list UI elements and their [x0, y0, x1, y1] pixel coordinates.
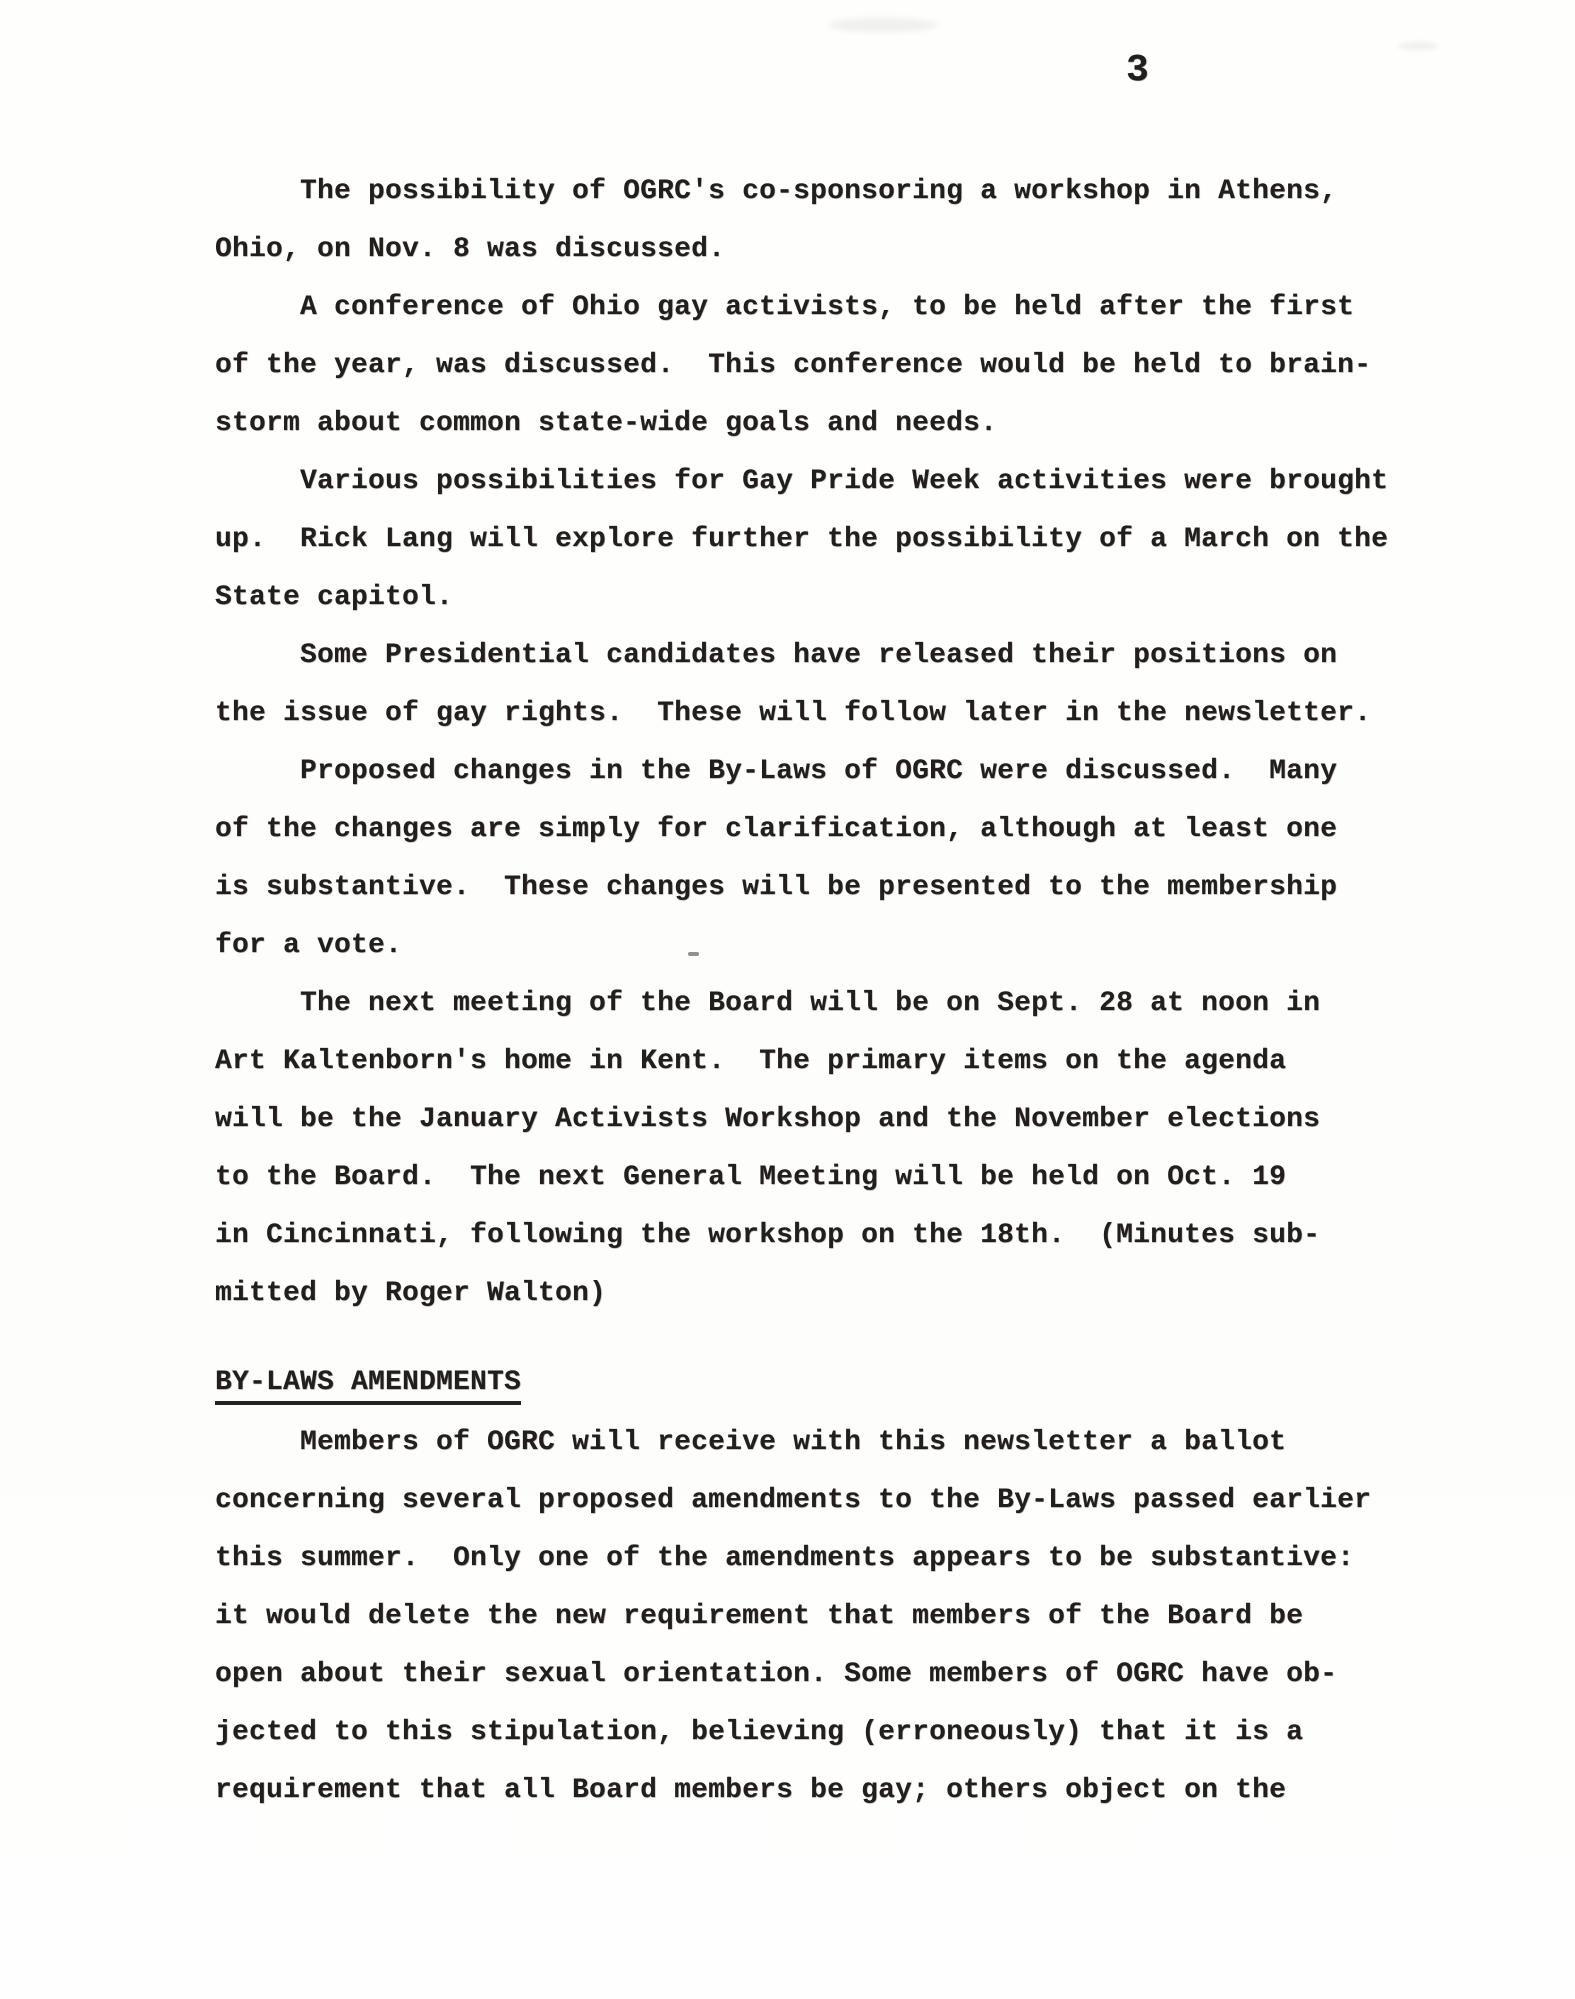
- text-line: requirement that all Board members be ga…: [215, 1762, 1388, 1820]
- text-line: Ohio, on Nov. 8 was discussed.: [215, 221, 1388, 279]
- text-line: A conference of Ohio gay activists, to b…: [215, 279, 1388, 337]
- paragraph: Proposed changes in the By-Laws of OGRC …: [215, 743, 1388, 975]
- text-line: of the changes are simply for clarificat…: [215, 801, 1388, 859]
- text-line: concerning several proposed amendments t…: [215, 1472, 1388, 1530]
- paragraph: Members of OGRC will receive with this n…: [215, 1414, 1388, 1820]
- text-line: this summer. Only one of the amendments …: [215, 1530, 1388, 1588]
- paragraph: A conference of Ohio gay activists, to b…: [215, 279, 1388, 453]
- text-line: up. Rick Lang will explore further the p…: [215, 511, 1388, 569]
- text-line: in Cincinnati, following the workshop on…: [215, 1207, 1388, 1265]
- text-line: The next meeting of the Board will be on…: [215, 975, 1388, 1033]
- text-line: of the year, was discussed. This confere…: [215, 337, 1388, 395]
- paragraph: Various possibilities for Gay Pride Week…: [215, 453, 1388, 627]
- bylaws-amendments-heading: BY-LAWS AMENDMENTS: [215, 1368, 521, 1405]
- text-line: will be the January Activists Workshop a…: [215, 1091, 1388, 1149]
- paragraph: Some Presidential candidates have releas…: [215, 627, 1388, 743]
- text-line: Art Kaltenborn's home in Kent. The prima…: [215, 1033, 1388, 1091]
- document-text-block: The possibility of OGRC's co-sponsoring …: [215, 163, 1388, 1820]
- paragraph: The possibility of OGRC's co-sponsoring …: [215, 163, 1388, 279]
- text-line: Various possibilities for Gay Pride Week…: [215, 453, 1388, 511]
- text-line: jected to this stipulation, believing (e…: [215, 1704, 1388, 1762]
- text-line: Members of OGRC will receive with this n…: [215, 1414, 1388, 1472]
- paragraph: The next meeting of the Board will be on…: [215, 975, 1388, 1323]
- text-line: The possibility of OGRC's co-sponsoring …: [215, 163, 1388, 221]
- text-line: storm about common state-wide goals and …: [215, 395, 1388, 453]
- scan-smudge: [1398, 42, 1438, 50]
- text-line: State capitol.: [215, 569, 1388, 627]
- text-line: it would delete the new requirement that…: [215, 1588, 1388, 1646]
- text-line: mitted by Roger Walton): [215, 1265, 1388, 1323]
- page-number: 3: [1126, 52, 1149, 90]
- scanned-document-page: 3 The possibility of OGRC's co-sponsorin…: [0, 0, 1575, 1999]
- text-line: to the Board. The next General Meeting w…: [215, 1149, 1388, 1207]
- text-line: Proposed changes in the By-Laws of OGRC …: [215, 743, 1388, 801]
- scan-smudge: [828, 18, 938, 32]
- text-line: is substantive. These changes will be pr…: [215, 859, 1388, 917]
- text-line: Some Presidential candidates have releas…: [215, 627, 1388, 685]
- text-line: the issue of gay rights. These will foll…: [215, 685, 1388, 743]
- text-line: open about their sexual orientation. Som…: [215, 1646, 1388, 1704]
- text-line: for a vote.: [215, 917, 1388, 975]
- section-heading-row: BY-LAWS AMENDMENTS: [215, 1356, 1388, 1414]
